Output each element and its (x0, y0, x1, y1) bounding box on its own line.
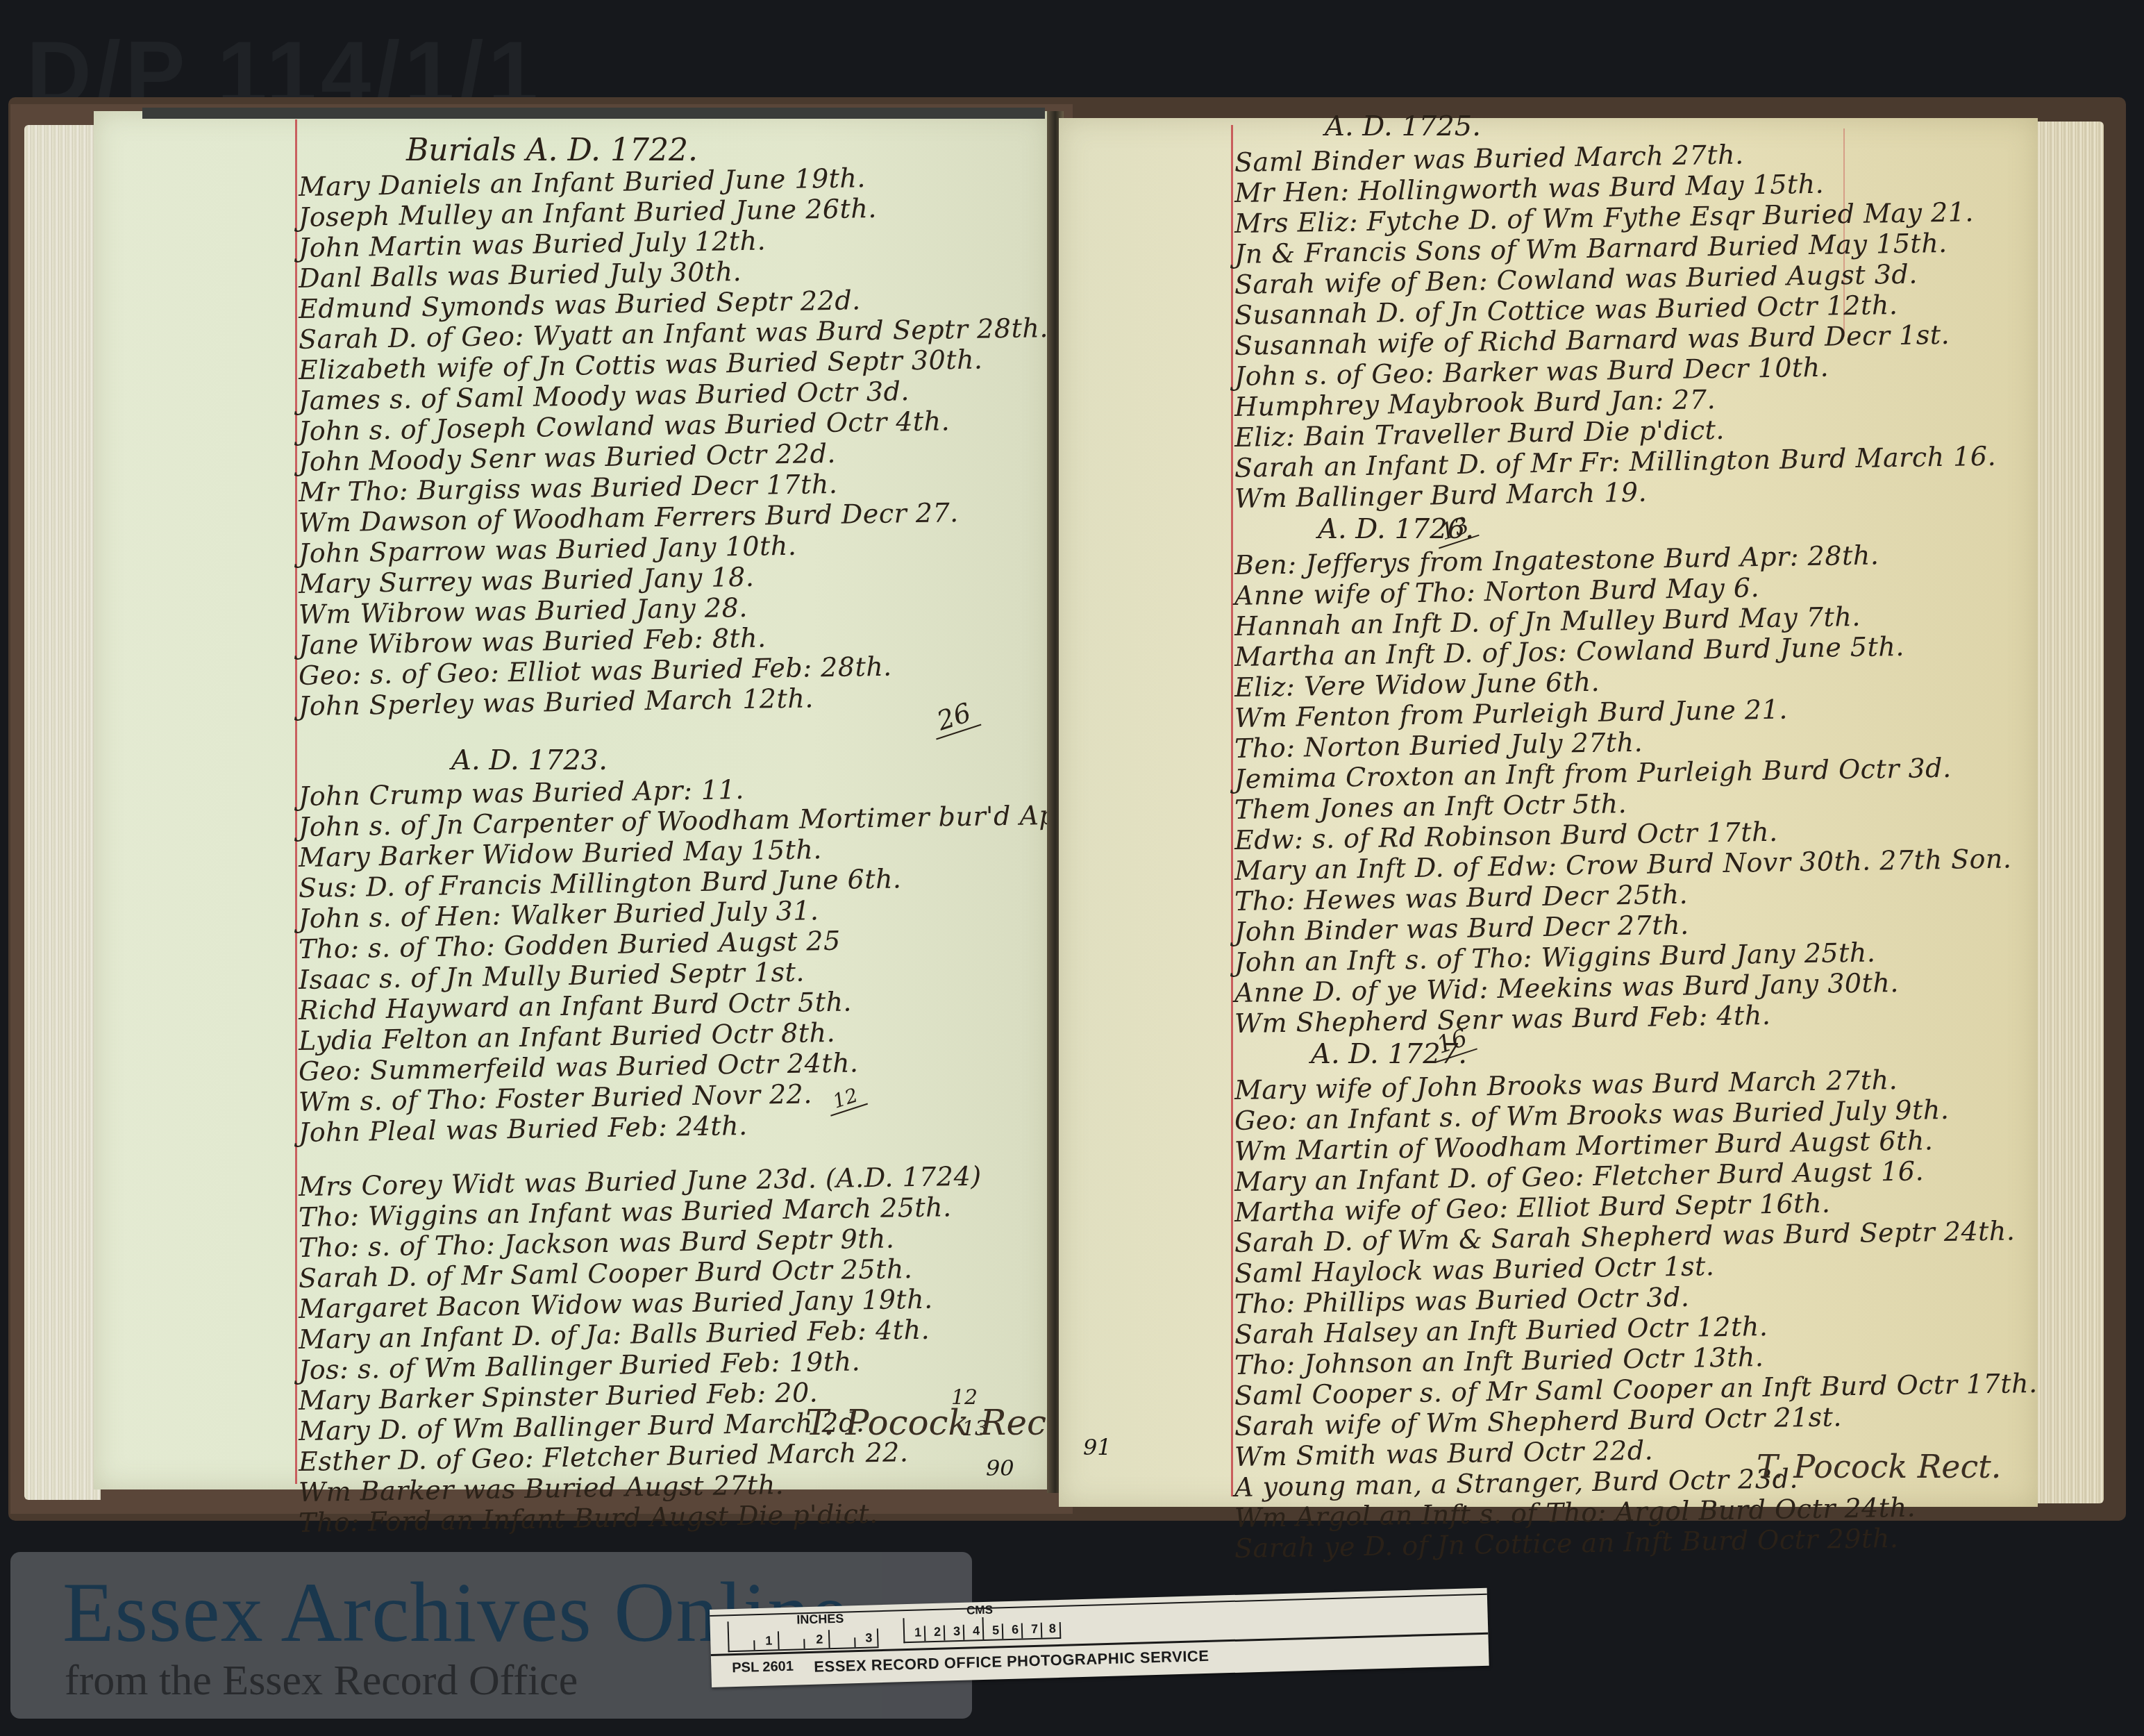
cm-tick-label: 6 (1012, 1623, 1019, 1637)
left-page-text: Burials A. D. 1722. Mary Daniels an Infa… (299, 135, 1121, 1538)
cm-tick-label: 1 (914, 1625, 922, 1639)
cm-tick-label: 7 (1031, 1622, 1039, 1637)
page-edges-left (24, 125, 101, 1500)
cm-tick-label: 2 (934, 1625, 941, 1639)
ruler-code: PSL 2601 (732, 1659, 794, 1676)
ruler-cm-scale: 1 2 3 4 5 6 7 8 (903, 1614, 1061, 1643)
cm-tick-label: 8 (1049, 1621, 1057, 1636)
inch-tick-label: 1 (765, 1634, 773, 1649)
banner-subtitle: from the Essex Record Office (65, 1656, 578, 1705)
cm-tick-label: 5 (992, 1623, 1000, 1637)
cm-tick-label: 4 (973, 1624, 980, 1638)
folio-number: 91 (1083, 1434, 1112, 1460)
cm-tick-label: 3 (953, 1624, 961, 1639)
inch-tick-label: 2 (816, 1632, 823, 1646)
ruler-inch-scale: 1 2 3 (727, 1617, 878, 1652)
rector-signature: T. Pocock Rect. (1757, 1448, 2001, 1485)
right-page-text: A. D. 1725. Saml Binder was Buried March… (1234, 111, 2038, 1564)
inch-tick-label: 3 (865, 1630, 873, 1645)
margin-rule-left (295, 119, 297, 1484)
rector-signature: T. Pocock Rect. (805, 1403, 1071, 1443)
page-edges-right (2034, 122, 2104, 1503)
margin-rule-right (1231, 125, 1233, 1496)
folio-number: 90 (986, 1455, 1014, 1481)
binding-strip (142, 108, 1045, 119)
